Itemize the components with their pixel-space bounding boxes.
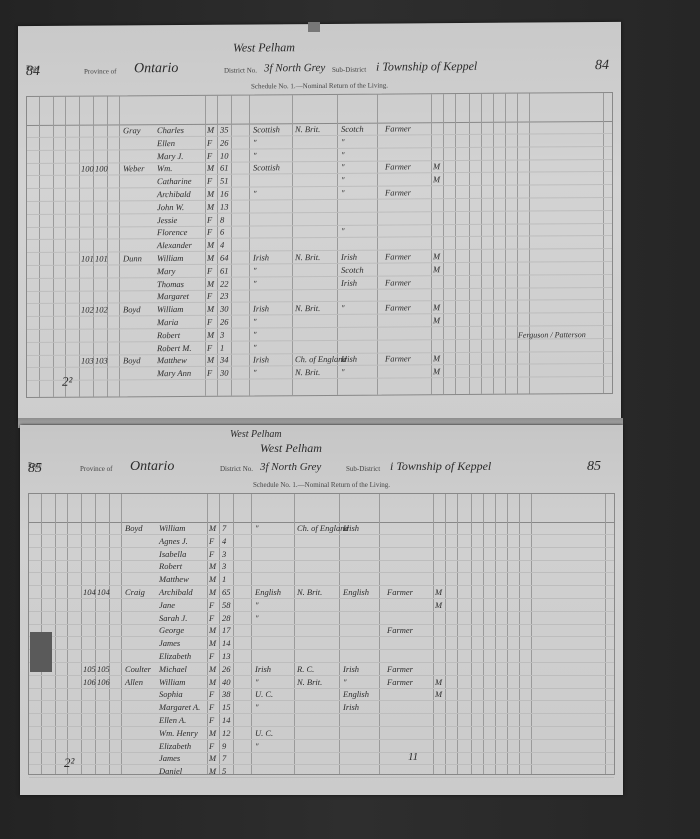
origin: ″ [253,188,257,198]
schedule-title: Schedule No. 1.—Nominal Return of the Li… [18,80,621,92]
age: 6 [220,227,224,237]
family-number: 102 [95,305,108,315]
surname: Dunn [123,253,142,263]
age: 16 [220,189,229,199]
surname: Weber [123,164,144,174]
given-name: Archibald [159,587,193,597]
birthplace: Ch. of England [297,523,349,533]
age: 14 [222,715,231,725]
footer-mark: 2² [64,755,74,771]
age: 30 [220,368,229,378]
district-label: District No. [220,465,253,473]
religion: English [343,587,369,597]
age: 8 [220,214,224,224]
family-number: 101 [95,253,108,263]
given-name: William [157,253,183,263]
page-number: 84 [26,64,40,80]
age: 64 [220,253,229,263]
given-name: Robert [157,330,180,340]
table-row: 106106AllenWilliamM40″N. Brit.″FarmerM [29,676,614,689]
occupation: Farmer [385,123,411,133]
occupation: Farmer [385,162,411,172]
sex: F [207,266,212,276]
page-header: Page 84 Province of Ontario District No.… [26,56,613,82]
given-name: Catharine [157,176,191,186]
given-name: Alexander [157,240,192,250]
table-row: SophiaF38U. C.EnglishM [29,688,614,701]
age: 26 [222,664,231,674]
age: 3 [222,549,226,559]
origin: ″ [253,278,257,288]
family-number: 100 [95,164,108,174]
dwelling-number: 104 [83,587,96,597]
sex: F [207,150,212,160]
religion: Irish [343,702,359,712]
surname: Coulter [125,664,151,674]
birthplace: R. C. [297,664,314,674]
table-row: Mary AnnF30″N. Brit.″M [27,364,612,381]
family-number: 105 [97,664,110,674]
age: 40 [222,677,231,687]
given-name: Robert [159,561,182,571]
sex: F [209,689,214,699]
origin: ″ [253,150,257,160]
sex: M [207,330,214,340]
occupation: Farmer [385,303,411,313]
age: 12 [222,728,231,738]
given-name: Margaret [157,291,189,301]
family-number: 106 [97,677,110,687]
age: 34 [220,355,229,365]
sex: M [207,189,214,199]
sex: F [209,600,214,610]
given-name: Sarah J. [159,613,187,623]
sex: M [209,638,216,648]
sex: M [207,253,214,263]
given-name: Florence [157,227,187,237]
remarks-note: Ferguson / Patterson [518,330,586,339]
dwelling-number: 102 [81,305,94,315]
sex: F [207,342,212,352]
given-name: James [159,638,180,648]
province-value: Ontario [134,61,178,77]
age: 26 [220,137,229,147]
age: 23 [220,291,229,301]
age: 4 [220,240,224,250]
given-name: John W. [157,202,184,212]
column-headers [29,494,614,523]
origin: ″ [253,329,257,339]
married: M [433,354,440,364]
sex: F [209,613,214,623]
age: 58 [222,600,231,610]
family-number: 104 [97,587,110,597]
age: 61 [220,265,229,275]
married: M [435,600,442,610]
given-name: Thomas [157,279,184,289]
sex: F [209,702,214,712]
age: 30 [220,304,229,314]
dwelling-number: 101 [81,254,94,264]
age: 3 [222,561,226,571]
sex: F [207,227,212,237]
page-tab-marker [30,632,52,672]
table-row: JamesM7 [29,752,614,765]
origin: Irish [253,355,269,365]
page-number-right: 85 [587,459,601,475]
schedule-title: Schedule No. 1.—Nominal Return of the Li… [20,481,623,489]
given-name: Ellen A. [159,715,186,725]
sex: M [207,202,214,212]
origin: ″ [253,137,257,147]
age: 3 [220,329,224,339]
given-name: Daniel [159,766,182,776]
sex: M [209,677,216,687]
birthplace: N. Brit. [295,252,320,262]
religion: Irish [343,523,359,533]
age: 7 [222,753,226,763]
sex: M [209,625,216,635]
footer-mark-2: 11 [408,751,418,763]
origin: U. C. [255,728,273,738]
origin: Irish [253,304,269,314]
sex: F [207,214,212,224]
religion: ″ [341,188,345,198]
table-row: MatthewM1 [29,573,614,586]
table-row: JaneF58″M [29,599,614,612]
table-row: Margaret A.F15″Irish [29,701,614,714]
origin: ″ [253,316,257,326]
age: 1 [222,574,226,584]
given-name: Matthew [157,355,187,365]
dwelling-number: 103 [81,356,94,366]
given-name: William [157,304,183,314]
given-name: Margaret A. [159,702,200,712]
given-name: Jane [159,600,175,610]
sex: M [207,278,214,288]
age: 28 [222,613,231,623]
dwelling-number: 106 [83,677,96,687]
given-name: James [159,753,180,763]
subdistrict-value: i Township of Keppel [390,459,491,474]
given-name: Mary J. [157,151,183,161]
age: 61 [220,163,229,173]
religion: Scotch [341,124,364,134]
age: 9 [222,741,226,751]
age: 1 [220,342,224,352]
given-name: Agnes J. [159,536,188,546]
census-table-top: GrayCharlesM35ScottishN. Brit.ScotchFarm… [26,92,613,398]
table-row: RobertM3 [29,560,614,573]
religion: ″ [341,137,345,147]
married: M [433,251,440,261]
sex: M [209,574,216,584]
married: M [435,689,442,699]
birthplace: N. Brit. [295,303,320,313]
given-name: George [159,625,184,635]
age: 7 [222,523,226,533]
given-name: William [159,523,185,533]
surname: Craig [125,587,145,597]
sex: F [207,176,212,186]
sex: M [209,766,216,776]
age: 13 [220,201,229,211]
sex: F [207,291,212,301]
page-annotation: West Pelham [260,441,322,456]
occupation: Farmer [387,587,413,597]
sex: F [209,536,214,546]
district-label: District No. [224,66,257,74]
given-name: Wm. [157,163,172,173]
census-page-top: West Pelham Page 84 Province of Ontario … [18,22,621,424]
origin: ″ [255,613,259,623]
married: M [435,587,442,597]
table-row: Ellen A.F14 [29,714,614,727]
age: 17 [222,625,231,635]
sex: M [207,304,214,314]
table-row: DanielM5 [29,765,614,778]
religion: ″ [343,677,347,687]
table-row: ElizabethF13 [29,650,614,663]
surname: Gray [123,125,140,135]
birthplace: N. Brit. [297,587,322,597]
occupation: Farmer [387,625,413,635]
sex: M [209,587,216,597]
married: M [433,302,440,312]
origin: ″ [255,677,259,687]
dwelling-number: 105 [83,664,96,674]
origin: ″ [255,600,259,610]
table-row: IsabellaF3 [29,548,614,561]
given-name: Ellen [157,138,175,148]
age: 26 [220,317,229,327]
sex: M [209,664,216,674]
origin: ″ [255,702,259,712]
origin: Scottish [253,163,280,173]
district-value: 3f North Grey [264,62,325,74]
religion: English [343,689,369,699]
surname: Boyd [125,523,142,533]
occupation: Farmer [385,187,411,197]
age: 22 [220,278,229,288]
sex: M [209,753,216,763]
origin: Irish [255,664,271,674]
table-row: 105105CoulterMichaelM26IrishR. C.IrishFa… [29,663,614,676]
sex: M [207,240,214,250]
age: 35 [220,125,229,135]
given-name: Matthew [159,574,189,584]
age: 4 [222,536,226,546]
age: 14 [222,638,231,648]
age: 10 [220,150,229,160]
given-name: Maria [157,317,178,327]
religion: Irish [341,277,357,287]
birthplace: N. Brit. [295,367,320,377]
religion: ″ [341,303,345,313]
subdistrict-label: Sub-District [346,465,380,473]
table-row: Wm. HenryM12U. C. [29,727,614,740]
sex: F [207,317,212,327]
sex: F [209,741,214,751]
religion: Irish [341,252,357,262]
given-name: Archibald [157,189,191,199]
sex: F [207,368,212,378]
sex: M [207,355,214,365]
table-row: BoydWilliamM7″Ch. of EnglandIrish [29,522,614,535]
occupation: Farmer [385,251,411,261]
table-row: Agnes J.F4 [29,535,614,548]
binding-tab [308,22,320,32]
district-value: 3f North Grey [260,461,321,473]
sex: M [209,728,216,738]
family-number: 103 [95,356,108,366]
given-name: Jessie [157,215,177,225]
given-name: Charles [157,125,184,135]
origin: ″ [255,523,259,533]
sex: M [207,163,214,173]
age: 15 [222,702,231,712]
age: 38 [222,689,231,699]
surname: Boyd [123,356,140,366]
table-row: JamesM14 [29,637,614,650]
dwelling-number: 100 [81,164,94,174]
religion: ″ [341,149,345,159]
age: 13 [222,651,231,661]
sex: F [209,651,214,661]
binding-annotation: West Pelham [230,429,282,440]
age: 5 [222,766,226,776]
origin: ″ [255,741,259,751]
given-name: Michael [159,664,187,674]
age: 65 [222,587,231,597]
surname: Allen [125,677,143,687]
religion: ″ [341,367,345,377]
sex: M [209,523,216,533]
subdistrict-label: Sub-District [332,66,366,74]
birthplace: N. Brit. [297,677,322,687]
census-page-bottom: West Pelham West Pelham Page 85 Province… [20,425,623,795]
given-name: Isabella [159,549,186,559]
given-name: Elizabeth [159,741,191,751]
page-header: Page 85 Province of Ontario District No.… [28,457,615,479]
origin: Scottish [253,124,280,134]
origin: ″ [253,265,257,275]
sex: M [207,125,214,135]
age: 51 [220,176,229,186]
given-name: Robert M. [157,342,191,352]
origin: ″ [253,342,257,352]
married: M [433,174,440,184]
religion: ″ [341,175,345,185]
table-row: Sarah J.F28″ [29,612,614,625]
religion: Irish [343,664,359,674]
footer-mark: 2² [62,374,72,390]
origin: ″ [253,368,257,378]
table-row: GeorgeM17Farmer [29,624,614,637]
married: M [433,366,440,376]
table-row: ElizabethF9″ [29,740,614,753]
occupation: Farmer [385,277,411,287]
surname: Boyd [123,304,140,314]
province-label: Province of [84,67,116,75]
religion: ″ [341,162,345,172]
married: M [433,315,440,325]
given-name: Mary Ann [157,368,191,378]
given-name: Wm. Henry [159,728,198,738]
birthplace: Ch. of England [295,354,347,364]
given-name: Mary [157,266,175,276]
religion: ″ [341,226,345,236]
sex: M [209,561,216,571]
religion: Scotch [341,264,364,274]
religion: Irish [341,354,357,364]
origin: U. C. [255,689,273,699]
married: M [433,162,440,172]
married: M [433,264,440,274]
province-value: Ontario [130,459,174,475]
occupation: Farmer [387,664,413,674]
birthplace: N. Brit. [295,124,320,134]
census-table-bottom: BoydWilliamM7″Ch. of EnglandIrishAgnes J… [28,493,615,775]
province-label: Province of [80,465,112,473]
page-number-right: 84 [595,58,609,74]
sex: F [209,715,214,725]
given-name: Elizabeth [159,651,191,661]
given-name: William [159,677,185,687]
subdistrict-value: i Township of Keppel [376,59,477,75]
occupation: Farmer [385,354,411,364]
page-number: 85 [28,461,42,477]
sex: F [209,549,214,559]
origin: English [255,587,281,597]
occupation: Farmer [387,677,413,687]
married: M [435,677,442,687]
table-row: 104104CraigArchibaldM65EnglishN. Brit.En… [29,586,614,599]
given-name: Sophia [159,689,183,699]
origin: Irish [253,252,269,262]
sex: F [207,138,212,148]
page-annotation: West Pelham [233,40,295,55]
